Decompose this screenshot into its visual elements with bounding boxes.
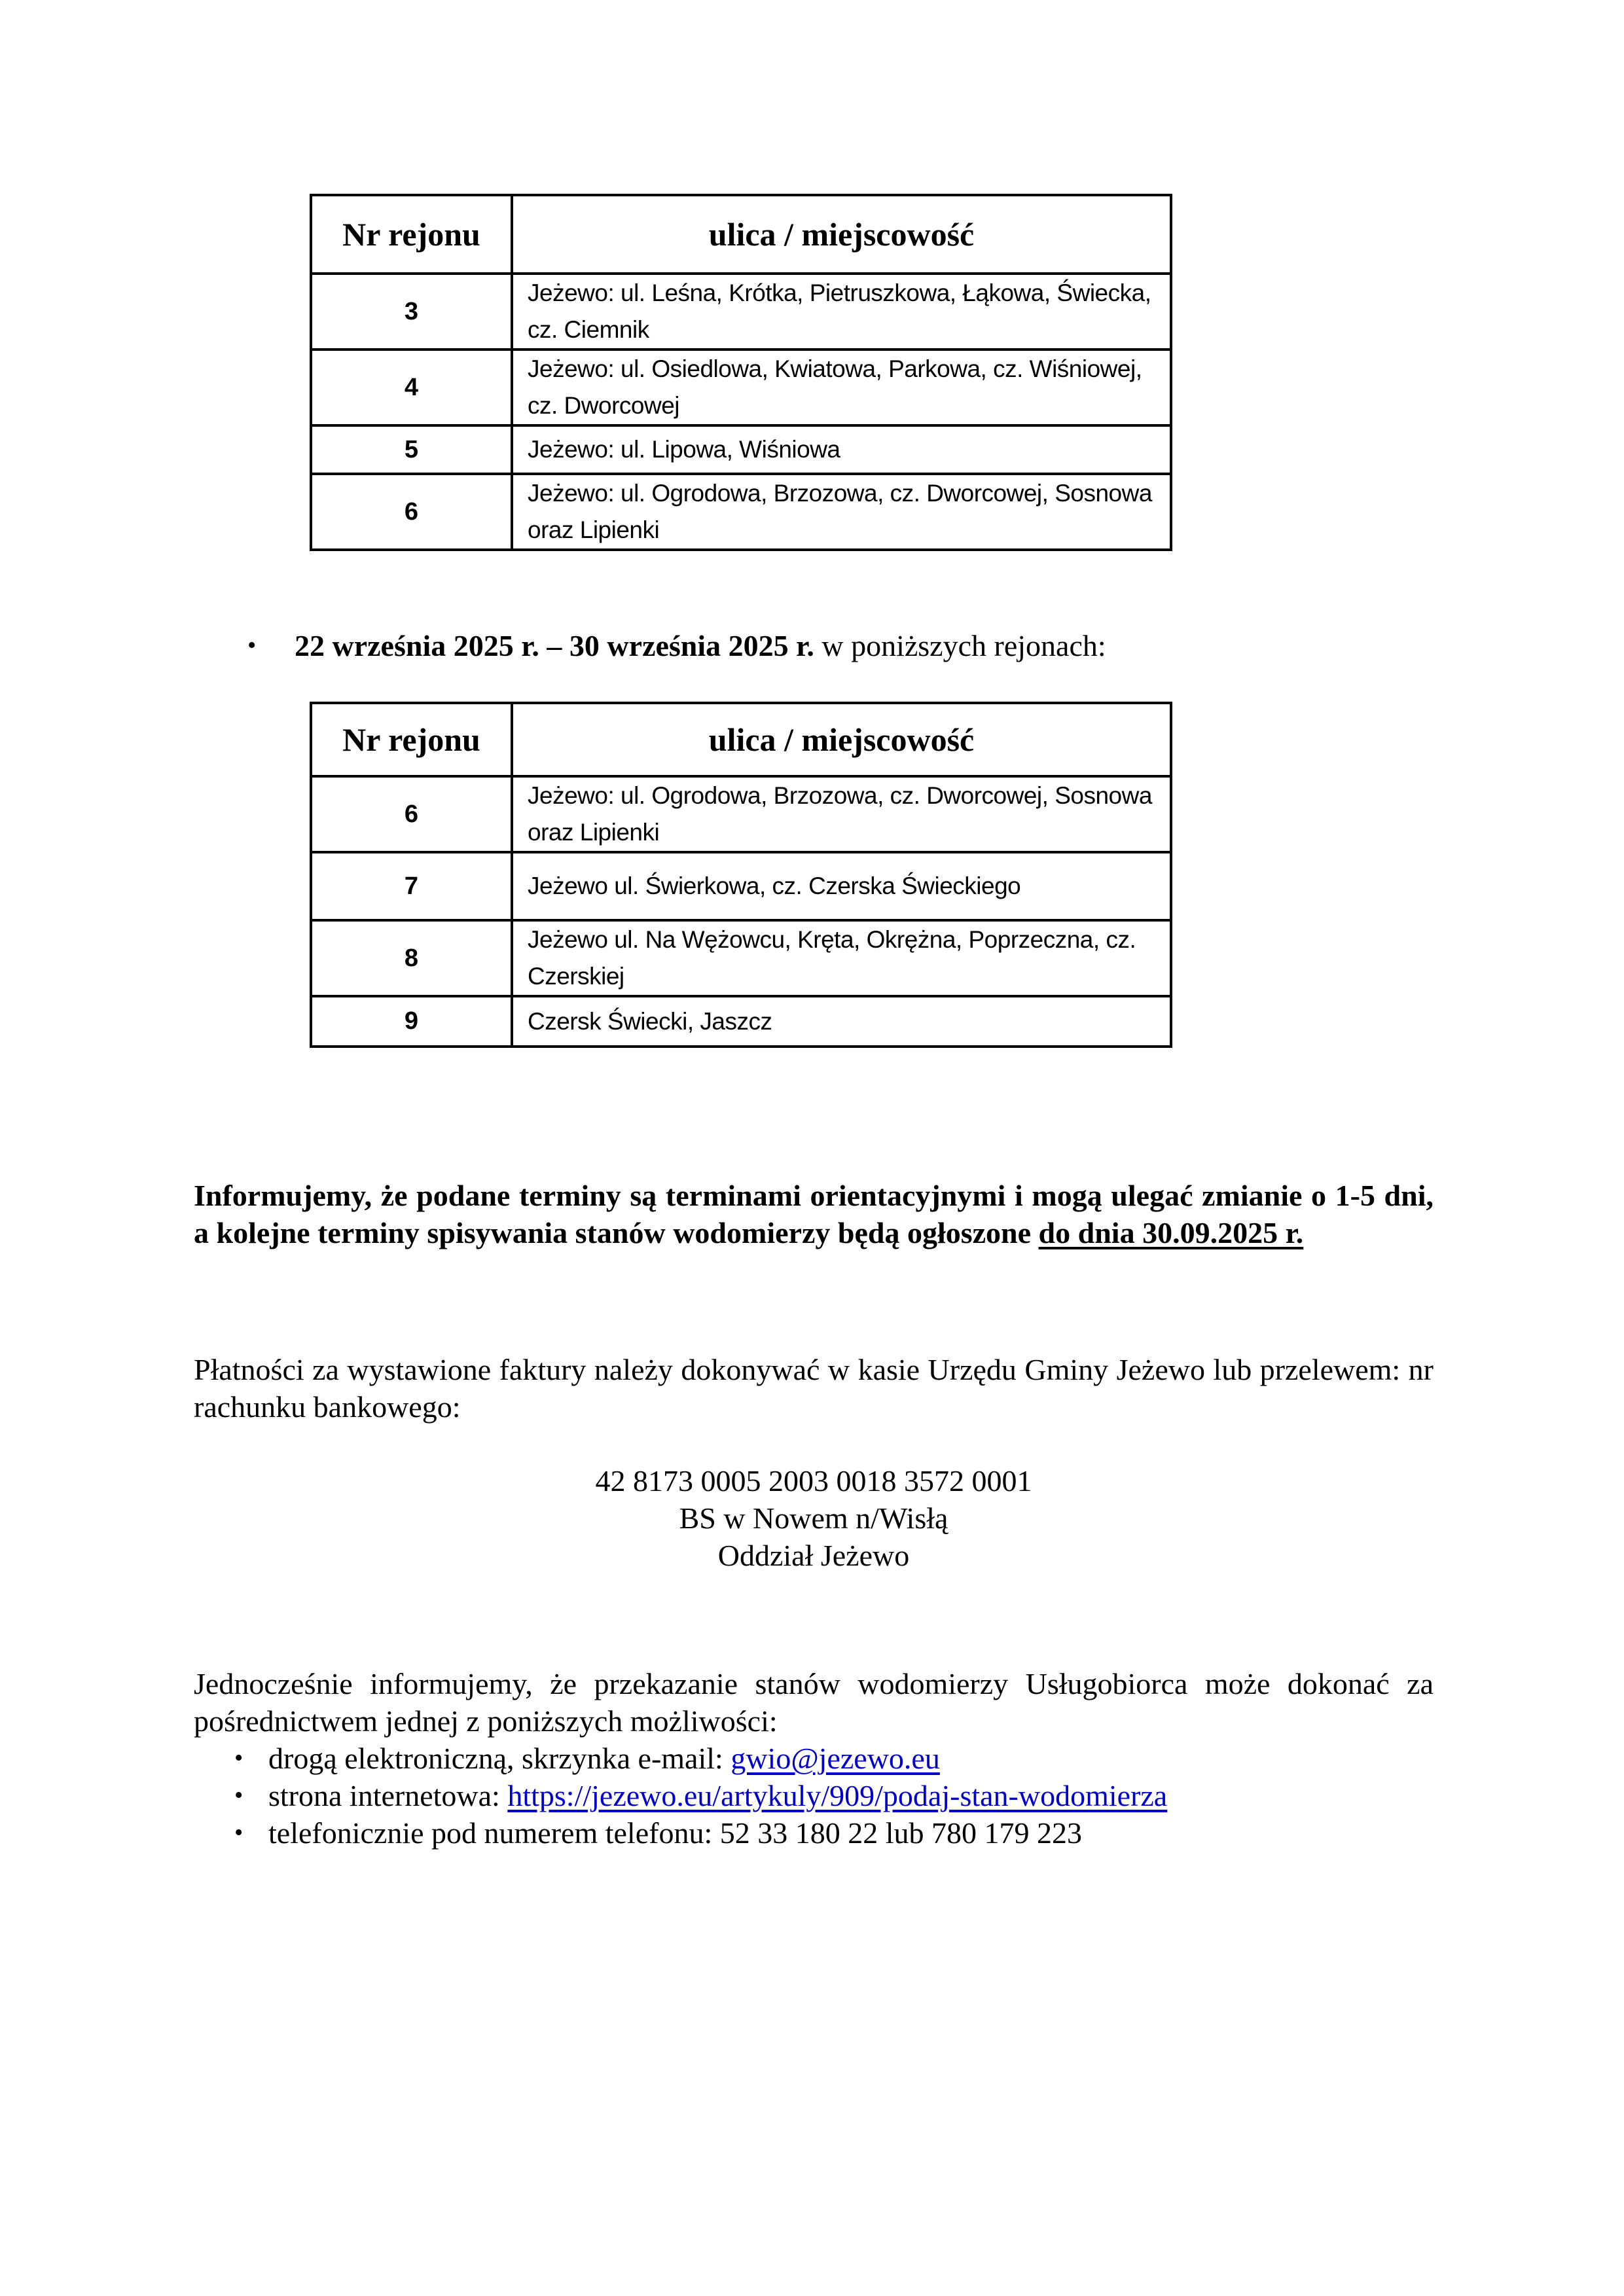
region-number: 6 <box>311 776 512 852</box>
bullet-icon: • <box>234 1814 243 1852</box>
table-row: 6 Jeżewo: ul. Ogrodowa, Brzozowa, cz. Dw… <box>311 474 1171 550</box>
region-number: 7 <box>311 852 512 920</box>
bullet-icon: • <box>247 631 295 660</box>
table-header-row: Nr rejonu ulica / miejscowość <box>311 195 1171 274</box>
region-number: 6 <box>311 474 512 550</box>
schedule-notice: Informujemy, że podane terminy są termin… <box>194 1177 1434 1251</box>
bank-details: 42 8173 0005 2003 0018 3572 0001 BS w No… <box>194 1462 1434 1574</box>
payment-info: Płatności za wystawione faktury należy d… <box>194 1351 1434 1426</box>
list-item-website: •strona internetowa: https://jezewo.eu/a… <box>194 1777 1434 1814</box>
table-header-row: Nr rejonu ulica / miejscowość <box>311 703 1171 776</box>
bullet-icon: • <box>234 1740 243 1777</box>
period-heading: •22 września 2025 r. – 30 września 2025 … <box>247 628 1106 663</box>
bank-name: BS w Nowem n/Wisłą <box>194 1499 1434 1537</box>
region-streets: Jeżewo: ul. Lipowa, Wiśniowa <box>512 425 1171 474</box>
period-date-range: 22 września 2025 r. – 30 września 2025 r… <box>295 629 814 662</box>
bullet-icon: • <box>234 1777 243 1814</box>
region-number: 4 <box>311 350 512 425</box>
email-link[interactable]: gwio@jezewo.eu <box>731 1742 940 1775</box>
region-streets: Jeżewo ul. Na Wężowcu, Kręta, Okrężna, P… <box>512 920 1171 996</box>
region-streets: Czersk Świecki, Jaszcz <box>512 996 1171 1047</box>
regions-table-1: Nr rejonu ulica / miejscowość 3 Jeżewo: … <box>310 194 1172 551</box>
table-row: 7 Jeżewo ul. Świerkowa, cz. Czerska Świe… <box>311 852 1171 920</box>
website-link[interactable]: https://jezewo.eu/artykuly/909/podaj-sta… <box>507 1779 1167 1812</box>
list-item-email: •drogą elektroniczną, skrzynka e-mail: g… <box>194 1740 1434 1777</box>
region-streets: Jeżewo: ul. Ogrodowa, Brzozowa, cz. Dwor… <box>512 474 1171 550</box>
contact-intro: Jednocześnie informujemy, że przekazanie… <box>194 1665 1434 1740</box>
header-street: ulica / miejscowość <box>512 195 1171 274</box>
region-number: 5 <box>311 425 512 474</box>
header-region-number: Nr rejonu <box>311 195 512 274</box>
option-label: strona internetowa: <box>268 1779 507 1812</box>
region-streets: Jeżewo: ul. Osiedlowa, Kwiatowa, Parkowa… <box>512 350 1171 425</box>
bank-branch: Oddział Jeżewo <box>194 1537 1434 1574</box>
option-label: telefonicznie pod numerem telefonu: 52 3… <box>268 1816 1082 1850</box>
table-row: 8 Jeżewo ul. Na Wężowcu, Kręta, Okrężna,… <box>311 920 1171 996</box>
table-row: 3 Jeżewo: ul. Leśna, Krótka, Pietruszkow… <box>311 274 1171 350</box>
notice-deadline: do dnia 30.09.2025 r. <box>1039 1216 1304 1249</box>
region-streets: Jeżewo: ul. Leśna, Krótka, Pietruszkowa,… <box>512 274 1171 350</box>
region-streets: Jeżewo ul. Świerkowa, cz. Czerska Świeck… <box>512 852 1171 920</box>
header-region-number: Nr rejonu <box>311 703 512 776</box>
header-street: ulica / miejscowość <box>512 703 1171 776</box>
option-label: drogą elektroniczną, skrzynka e-mail: <box>268 1742 731 1775</box>
region-number: 9 <box>311 996 512 1047</box>
contact-options-list: •drogą elektroniczną, skrzynka e-mail: g… <box>194 1740 1434 1852</box>
bank-account-number: 42 8173 0005 2003 0018 3572 0001 <box>194 1462 1434 1499</box>
list-item-phone: •telefonicznie pod numerem telefonu: 52 … <box>194 1814 1434 1852</box>
region-streets: Jeżewo: ul. Ogrodowa, Brzozowa, cz. Dwor… <box>512 776 1171 852</box>
table-row: 5 Jeżewo: ul. Lipowa, Wiśniowa <box>311 425 1171 474</box>
meter-reading-contact: Jednocześnie informujemy, że przekazanie… <box>194 1665 1434 1852</box>
table-row: 9 Czersk Świecki, Jaszcz <box>311 996 1171 1047</box>
table-row: 6 Jeżewo: ul. Ogrodowa, Brzozowa, cz. Dw… <box>311 776 1171 852</box>
period-suffix: w poniższych rejonach: <box>814 629 1106 662</box>
region-number: 8 <box>311 920 512 996</box>
regions-table-2: Nr rejonu ulica / miejscowość 6 Jeżewo: … <box>310 702 1172 1048</box>
region-number: 3 <box>311 274 512 350</box>
table-row: 4 Jeżewo: ul. Osiedlowa, Kwiatowa, Parko… <box>311 350 1171 425</box>
